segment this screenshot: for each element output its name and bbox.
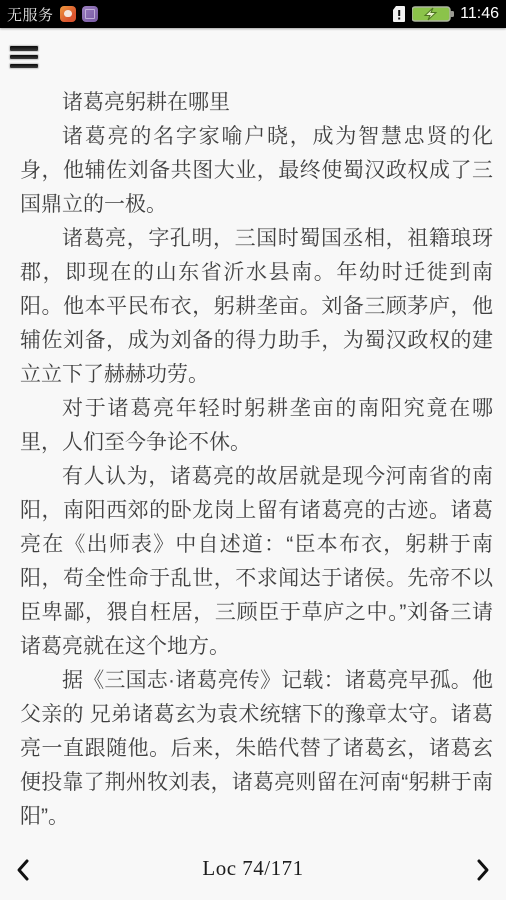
paragraph: 据《三国志·诸葛亮传》记载：诸葛亮早孤。他父亲的 兄弟诸葛玄为袁术统辖下的豫章太… (20, 664, 493, 834)
paragraph: 对于诸葛亮年轻时躬耕垄亩的南阳究竟在哪里，人们至今争论不休。 (20, 392, 493, 460)
status-bar: 无服务 11:46 (0, 0, 506, 28)
orange-app-notification-icon (60, 6, 76, 22)
no-sim-alert-icon (392, 5, 406, 23)
chevron-right-icon[interactable] (476, 858, 490, 882)
reader-content-area[interactable]: 诸葛亮躬耕在哪里 诸葛亮的名字家喻户晓，成为智慧忠贤的化身，他辅佐刘备共图大业，… (20, 86, 493, 834)
status-bar-left: 无服务 (7, 4, 98, 25)
paragraph: 诸葛亮，字孔明，三国时蜀国丞相，祖籍琅玡郡，即现在的山东省沂水县南。年幼时迁徙到… (20, 222, 493, 392)
hamburger-bar (10, 64, 38, 69)
ebook-reader-screen: 无服务 11:46 诸葛亮躬耕在哪里 诸葛亮的名字家喻户晓，成为智慧忠贤的化身， (0, 0, 506, 900)
status-bar-right: 11:46 (392, 5, 499, 23)
hamburger-menu-icon[interactable] (10, 46, 38, 68)
paragraph: 诸葛亮的名字家喻户晓，成为智慧忠贤的化身，他辅佐刘备共图大业，最终使蜀汉政权成了… (20, 120, 493, 222)
battery-charging-icon (412, 5, 454, 23)
location-indicator: Loc 74/171 (0, 856, 506, 881)
hamburger-bar (10, 46, 38, 51)
chapter-title: 诸葛亮躬耕在哪里 (20, 86, 493, 120)
hamburger-bar (10, 55, 38, 60)
clock-label: 11:46 (460, 5, 499, 23)
carrier-status-label: 无服务 (7, 4, 54, 25)
paragraph: 有人认为，诸葛亮的故居就是现今河南省的南阳，南阳西郊的卧龙岗上留有诸葛亮的古迹。… (20, 460, 493, 664)
page-nav-bar: Loc 74/171 (0, 842, 506, 900)
purple-app-notification-icon (82, 6, 98, 22)
